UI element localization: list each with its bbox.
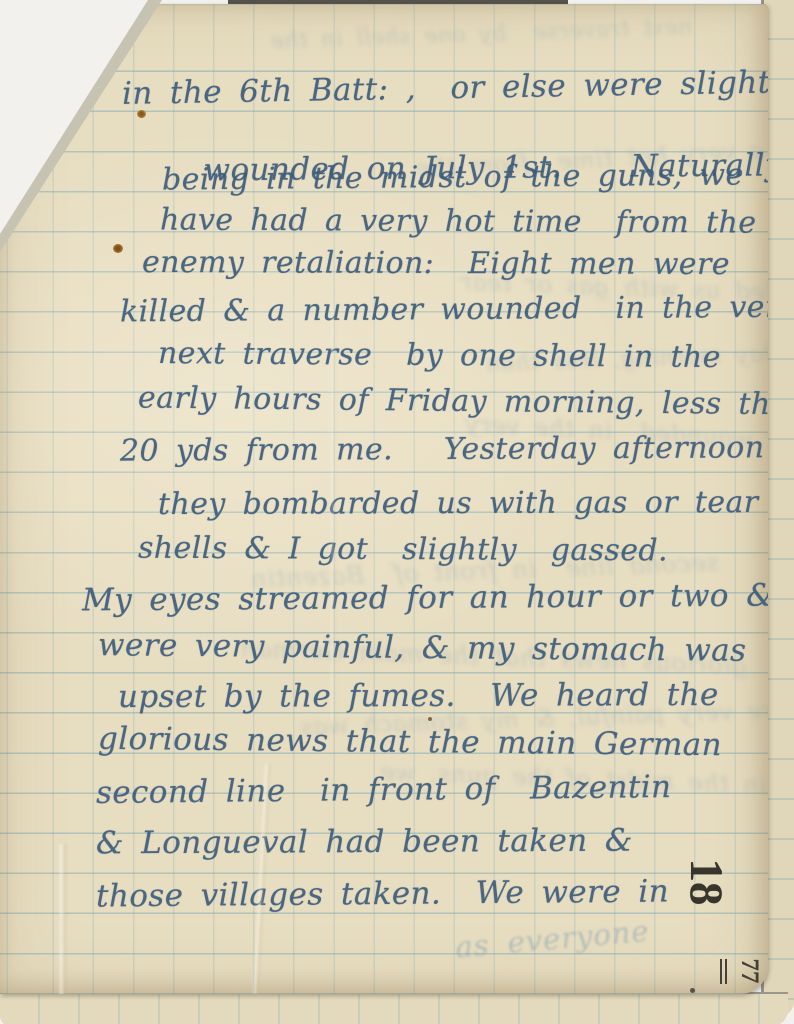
handwriting-line-11: shells & I got slightly gassed. [138,531,668,569]
handwriting-line-7: next traverse by one shell in the [158,336,721,375]
scanned-diary-page: next traverse by one shell in the have h… [0,0,794,1024]
handwriting-line-4: have had a very hot time from the [160,202,757,240]
handwriting-line-17: & Longueval had been taken & [96,823,633,862]
diary-page: next traverse by one shell in the have h… [0,4,768,994]
handwriting-line-10: they bombarded us with gas or tear [158,485,759,522]
foxing-spot [428,717,432,721]
paper-crease [330,304,337,724]
handwriting-line-13: were very painful, & my stomach was [98,627,747,669]
crossed-out-number: 77 [720,959,768,984]
handwriting-line-3: being in the midst of the guns, we [162,157,744,197]
handwriting-line-1: in the 6th Batt: , or else were slightly [122,64,768,112]
handwriting-line-5: enemy retaliation: Eight men were [142,245,730,282]
bleed-through-text: next traverse by one shell in the [270,15,693,55]
handwriting-line-8: early hours of Friday morning, less than [138,380,768,422]
paper-crease [58,844,68,994]
page-number-stamp: 18 [667,855,739,909]
handwriting-line-12: My eyes streamed for an hour or two & [82,578,768,619]
handwriting-line-6: killed & a number wounded in the very [120,290,768,330]
foxing-spot [137,110,146,118]
handwriting-line-15: glorious news that the main German [98,721,722,764]
handwriting-line-16: second line in front of Bazentin [96,769,672,811]
handwriting-line-14: upset by the fumes. We heard the [118,677,719,715]
ink-speck [690,988,695,993]
foxing-spot [113,244,123,253]
crossed-out-number-stamp: 77 [707,945,768,994]
handwriting-line-18: those villages taken. We were in [96,874,669,915]
underlying-page-edge-bottom [0,992,788,1024]
bleed-through-text-legible: as everyone [454,914,651,965]
handwriting-line-9: 20 yds from me. Yesterday afternoon [120,430,765,468]
